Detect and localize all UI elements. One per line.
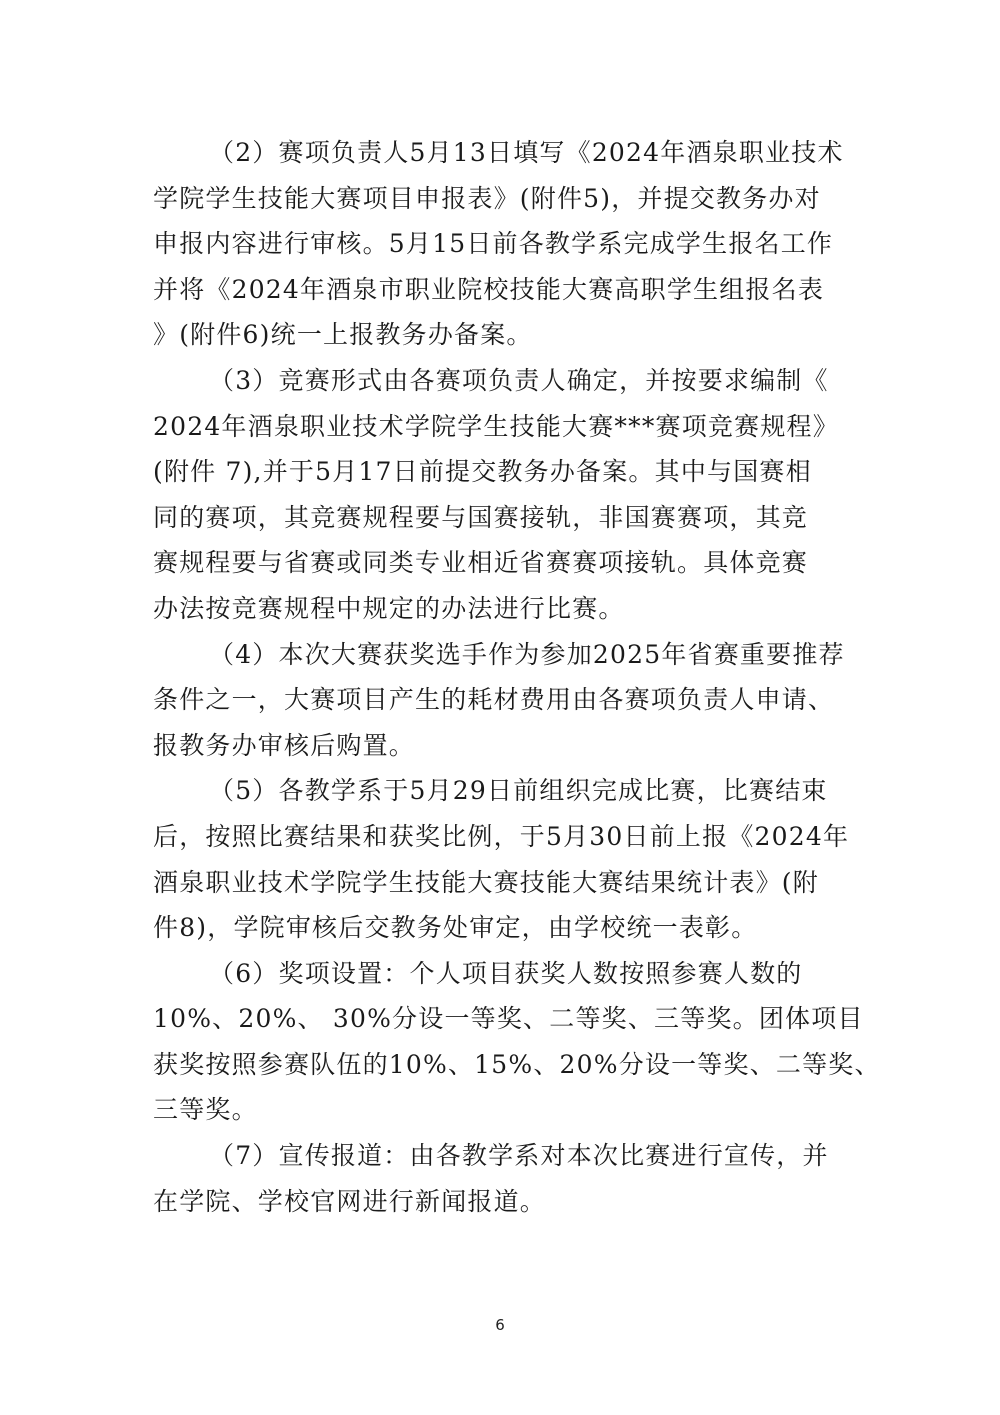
text-line: （6）奖项设置：个人项目获奖人数按照参赛人数的 (153, 951, 843, 997)
text-line: （7）宣传报道：由各教学系对本次比赛进行宣传，并 (153, 1133, 843, 1179)
body-text: （2）赛项负责人5月13日填写《2024年酒泉职业技术 学院学生技能大赛项目申报… (153, 130, 843, 1224)
text-line: 10%、20%、 30%分设一等奖、二等奖、三等奖。团体项目 (153, 996, 843, 1042)
paragraph-item-2: （2）赛项负责人5月13日填写《2024年酒泉职业技术 学院学生技能大赛项目申报… (153, 130, 843, 358)
text-line: 并将《2024年酒泉市职业院校技能大赛高职学生组报名表 (153, 267, 843, 313)
text-line: 申报内容进行审核。5月15日前各教学系完成学生报名工作 (153, 221, 843, 267)
paragraph-item-6: （6）奖项设置：个人项目获奖人数按照参赛人数的 10%、20%、 30%分设一等… (153, 951, 843, 1133)
text-line: 酒泉职业技术学院学生技能大赛技能大赛结果统计表》(附 (153, 860, 843, 906)
text-line: （5）各教学系于5月29日前组织完成比赛，比赛结束 (153, 768, 843, 814)
text-line: 同的赛项，其竞赛规程要与国赛接轨，非国赛赛项，其竞 (153, 495, 843, 541)
text-line: （2）赛项负责人5月13日填写《2024年酒泉职业技术 (153, 130, 843, 176)
text-line: 三等奖。 (153, 1087, 843, 1133)
text-line: 赛规程要与省赛或同类专业相近省赛赛项接轨。具体竞赛 (153, 540, 843, 586)
text-line: (附件 7),并于5月17日前提交教务办备案。其中与国赛相 (153, 449, 843, 495)
text-line: 办法按竞赛规程中规定的办法进行比赛。 (153, 586, 843, 632)
text-line: 报教务办审核后购置。 (153, 723, 843, 769)
text-line: （4）本次大赛获奖选手作为参加2025年省赛重要推荐 (153, 632, 843, 678)
paragraph-item-7: （7）宣传报道：由各教学系对本次比赛进行宣传，并 在学院、学校官网进行新闻报道。 (153, 1133, 843, 1224)
text-line: （3）竞赛形式由各赛项负责人确定，并按要求编制《 (153, 358, 843, 404)
text-line: 在学院、学校官网进行新闻报道。 (153, 1179, 843, 1225)
text-line: 2024年酒泉职业技术学院学生技能大赛***赛项竞赛规程》 (153, 404, 843, 450)
page-number: 6 (0, 1316, 1000, 1334)
document-page: （2）赛项负责人5月13日填写《2024年酒泉职业技术 学院学生技能大赛项目申报… (0, 0, 1000, 1415)
text-line: 学院学生技能大赛项目申报表》(附件5)，并提交教务办对 (153, 176, 843, 222)
paragraph-item-5: （5）各教学系于5月29日前组织完成比赛，比赛结束 后，按照比赛结果和获奖比例，… (153, 768, 843, 950)
text-line: 后，按照比赛结果和获奖比例，于5月30日前上报《2024年 (153, 814, 843, 860)
text-line: 》(附件6)统一上报教务办备案。 (153, 312, 843, 358)
paragraph-item-4: （4）本次大赛获奖选手作为参加2025年省赛重要推荐 条件之一，大赛项目产生的耗… (153, 632, 843, 769)
text-line: 件8)，学院审核后交教务处审定，由学校统一表彰。 (153, 905, 843, 951)
paragraph-item-3: （3）竞赛形式由各赛项负责人确定，并按要求编制《 2024年酒泉职业技术学院学生… (153, 358, 843, 632)
text-line: 获奖按照参赛队伍的10%、15%、20%分设一等奖、二等奖、 (153, 1042, 843, 1088)
text-line: 条件之一，大赛项目产生的耗材费用由各赛项负责人申请、 (153, 677, 843, 723)
